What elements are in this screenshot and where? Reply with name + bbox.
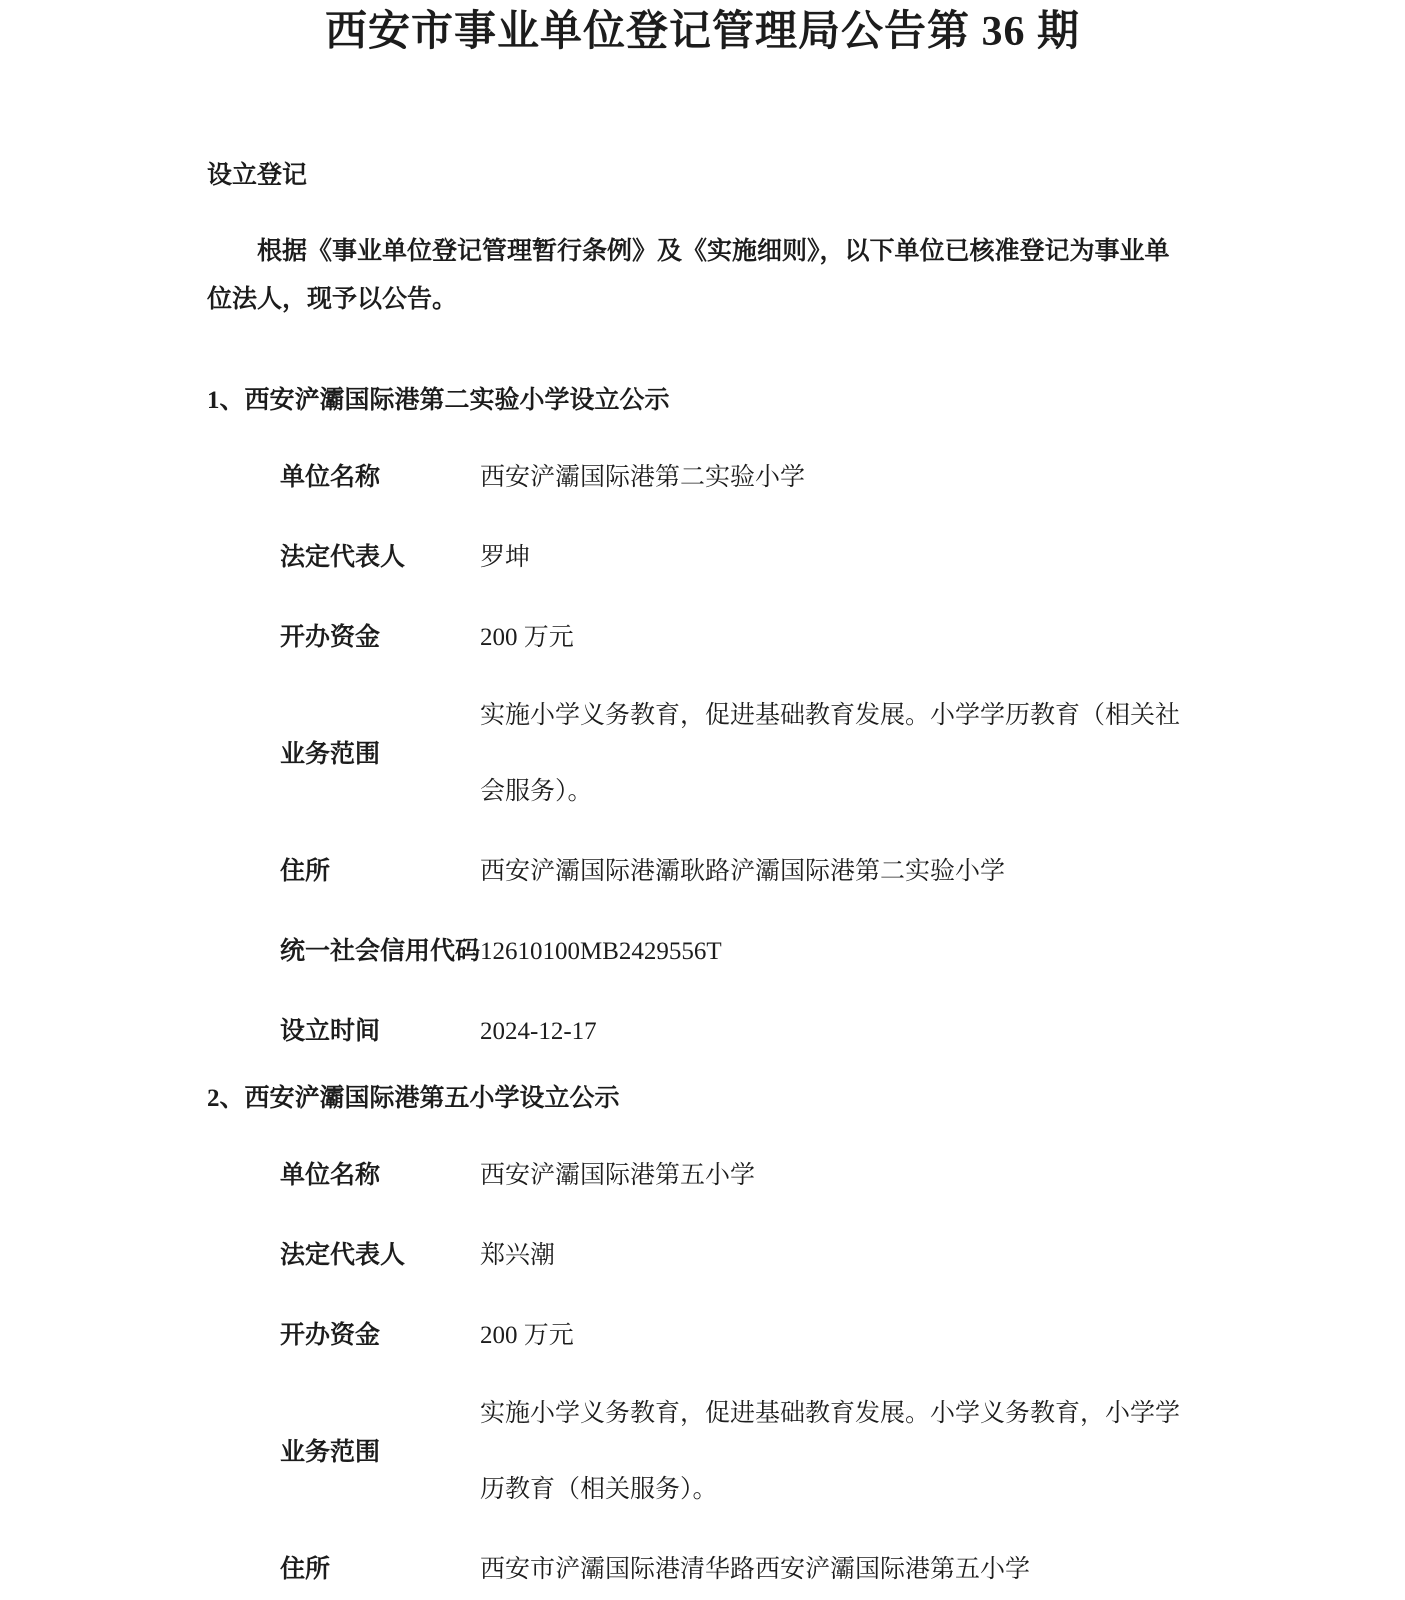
field-label: 住所 <box>280 856 480 887</box>
field-label: 统一社会信用代码 <box>280 936 480 967</box>
field-value: 西安浐灞国际港第二实验小学 <box>480 462 1185 493</box>
entry-heading: 2、西安浐灞国际港第五小学设立公示 <box>207 1083 1185 1114</box>
field-value: 实施小学义务教育，促进基础教育发展。小学学历教育（相关社会服务）。 <box>480 678 1185 830</box>
field-row-address: 住所 西安浐灞国际港灞耿路浐灞国际港第二实验小学 <box>207 856 1185 887</box>
field-value: 西安浐灞国际港第五小学 <box>480 1160 1185 1191</box>
field-row-legal-representative: 法定代表人 郑兴潮 <box>207 1240 1185 1271</box>
field-row-opening-funds: 开办资金 200 万元 <box>207 622 1185 653</box>
field-value: 西安浐灞国际港灞耿路浐灞国际港第二实验小学 <box>480 856 1185 887</box>
field-row-legal-representative: 法定代表人 罗坤 <box>207 542 1185 573</box>
entry-2: 2、西安浐灞国际港第五小学设立公示 单位名称 西安浐灞国际港第五小学 法定代表人… <box>207 1083 1185 1585</box>
field-label: 法定代表人 <box>280 1240 480 1271</box>
field-row-unit-name: 单位名称 西安浐灞国际港第五小学 <box>207 1160 1185 1191</box>
field-row-opening-funds: 开办资金 200 万元 <box>207 1320 1185 1351</box>
field-label: 业务范围 <box>280 739 480 770</box>
field-value: 12610100MB2429556T <box>480 936 1185 967</box>
field-value: 郑兴潮 <box>480 1240 1185 1271</box>
field-label: 单位名称 <box>280 462 480 493</box>
field-label: 开办资金 <box>280 1320 480 1351</box>
field-value: 罗坤 <box>480 542 1185 573</box>
field-label: 法定代表人 <box>280 542 480 573</box>
field-row-credit-code: 统一社会信用代码 12610100MB2429556T <box>207 936 1185 967</box>
field-value: 200 万元 <box>480 622 1185 653</box>
field-row-unit-name: 单位名称 西安浐灞国际港第二实验小学 <box>207 462 1185 493</box>
section-heading: 设立登记 <box>207 160 1185 191</box>
entry-1: 1、西安浐灞国际港第二实验小学设立公示 单位名称 西安浐灞国际港第二实验小学 法… <box>207 385 1185 1047</box>
intro-paragraph: 根据《事业单位登记管理暂行条例》及《实施细则》，以下单位已核准登记为事业单位法人… <box>207 228 1185 324</box>
field-label: 住所 <box>280 1554 480 1585</box>
field-row-business-scope: 业务范围 实施小学义务教育，促进基础教育发展。小学义务教育，小学学历教育（相关服… <box>207 1376 1185 1528</box>
page-title: 西安市事业单位登记管理局公告第 36 期 <box>0 0 1405 58</box>
field-row-address: 住所 西安市浐灞国际港清华路西安浐灞国际港第五小学 <box>207 1554 1185 1585</box>
field-label: 设立时间 <box>280 1016 480 1047</box>
field-row-establish-date: 设立时间 2024-12-17 <box>207 1016 1185 1047</box>
document-body: 设立登记 根据《事业单位登记管理暂行条例》及《实施细则》，以下单位已核准登记为事… <box>207 160 1185 1585</box>
field-value: 西安市浐灞国际港清华路西安浐灞国际港第五小学 <box>480 1554 1185 1585</box>
field-value: 2024-12-17 <box>480 1016 1185 1047</box>
field-label: 业务范围 <box>280 1437 480 1468</box>
field-row-business-scope: 业务范围 实施小学义务教育，促进基础教育发展。小学学历教育（相关社会服务）。 <box>207 678 1185 830</box>
entry-heading: 1、西安浐灞国际港第二实验小学设立公示 <box>207 385 1185 416</box>
announcement-document: 西安市事业单位登记管理局公告第 36 期 设立登记 根据《事业单位登记管理暂行条… <box>0 0 1405 1600</box>
field-value: 实施小学义务教育，促进基础教育发展。小学义务教育，小学学历教育（相关服务）。 <box>480 1376 1185 1528</box>
field-label: 单位名称 <box>280 1160 480 1191</box>
field-label: 开办资金 <box>280 622 480 653</box>
field-value: 200 万元 <box>480 1320 1185 1351</box>
